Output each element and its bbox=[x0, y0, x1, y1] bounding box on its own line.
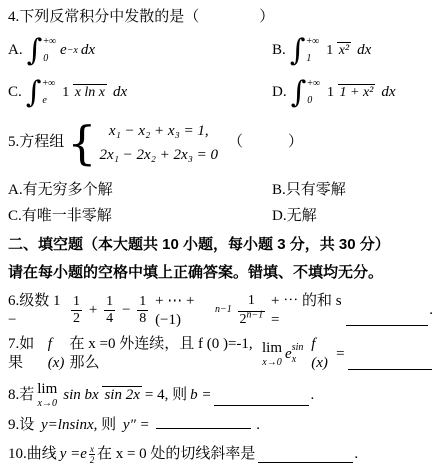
option-4c: C. ∫ +∞ e 1 x ln x dx bbox=[8, 78, 272, 108]
question-10: 10.曲线 y =e x 2 在 x = 0 处的切线斜率是 . bbox=[8, 444, 433, 464]
question-8-condition: = 4, 则 bbox=[145, 386, 187, 405]
integral-upper-limit: +∞ bbox=[306, 36, 319, 49]
differential: dx bbox=[381, 83, 395, 102]
answer-parentheses: （ ） bbox=[228, 133, 303, 152]
question-6-lead: 6.级数 1 − bbox=[8, 292, 64, 330]
second-derivative: y″ = bbox=[123, 417, 150, 433]
fraction-denominator: 1 + x² bbox=[338, 84, 376, 100]
section-2-heading-text: 二、填空题（本大题共 10 小题，每小题 3 分，共 30 分） bbox=[8, 236, 390, 253]
function-fx: f (x) bbox=[48, 335, 70, 373]
limit-subscript: x→0 bbox=[37, 399, 57, 409]
fraction-numerator: 1 bbox=[106, 294, 113, 309]
differential: dx bbox=[113, 83, 127, 102]
fraction-numerator: 1 bbox=[139, 294, 146, 309]
limit-stack: lim x→0 bbox=[37, 382, 57, 409]
integral-lower-limit: 0 bbox=[307, 95, 320, 108]
fraction-numerator: 1 bbox=[327, 85, 334, 100]
integral-upper-limit: +∞ bbox=[307, 78, 320, 91]
exponent-fraction: x 2 bbox=[89, 444, 95, 464]
exam-page: 4.下列反常积分中发散的是（ ） A. ∫ +∞ 0 e −x dx B. ∫ … bbox=[0, 0, 441, 464]
answer-blank bbox=[214, 393, 309, 406]
exponent-denominator: 2 bbox=[90, 455, 95, 464]
integral-sign: ∫ bbox=[290, 37, 306, 64]
answer-blank bbox=[348, 357, 432, 370]
differential: dx bbox=[81, 41, 95, 60]
system-brace: { bbox=[67, 120, 96, 166]
fraction-numerator: 1 bbox=[248, 293, 255, 308]
option-4a: A. ∫ +∞ 0 e −x dx bbox=[8, 36, 272, 66]
integral-upper-limit: +∞ bbox=[43, 36, 56, 49]
question-9-lead: 9.设 bbox=[8, 417, 34, 433]
integral-sign: ∫ bbox=[26, 79, 42, 106]
question-4-options-row-2: C. ∫ +∞ e 1 x ln x dx D. ∫ +∞ 0 1 1 + x² bbox=[8, 73, 433, 113]
integral-lower-limit: 1 bbox=[306, 53, 319, 66]
option-4d-label: D. bbox=[272, 83, 287, 102]
integrand-exponent: −x bbox=[67, 45, 78, 58]
variable-b: b = bbox=[190, 386, 211, 405]
option-5d: D.无解 bbox=[272, 207, 433, 226]
integrand-base: e bbox=[60, 41, 67, 60]
integral-limits: +∞ 1 bbox=[306, 36, 319, 66]
limit-subscript: x→0 bbox=[262, 358, 282, 368]
option-5a: A.有无穷多个解 bbox=[8, 181, 272, 200]
answer-blank bbox=[258, 450, 353, 463]
den-exponent: n−1 bbox=[247, 309, 264, 320]
exp-exponent: sin x bbox=[292, 342, 309, 367]
fraction: 1 2 bbox=[67, 294, 86, 326]
series-exponent: n−1 bbox=[215, 304, 232, 317]
section-2-instruction-text: 请在每小题的空格中填上正确答案。错填、不填均无分。 bbox=[8, 264, 383, 281]
fraction-numerator: 1 bbox=[62, 85, 69, 100]
function-expression: y=lnsinx, bbox=[41, 417, 97, 433]
integral-limits: +∞ 0 bbox=[307, 78, 320, 108]
question-4-text: 4.下列反常积分中发散的是（ ） bbox=[8, 9, 274, 25]
period: . bbox=[354, 445, 358, 464]
integral-lower-limit: 0 bbox=[43, 53, 56, 66]
question-7-condition: 在 x =0 外连续，且 f (0 )=-1,那么 bbox=[70, 335, 259, 373]
option-5c: C.有唯一非零解 bbox=[8, 207, 272, 226]
series-middle-term: + ⋯ + (−1) bbox=[155, 292, 215, 330]
option-4a-label: A. bbox=[8, 41, 23, 60]
integral-lower-limit: e bbox=[42, 95, 55, 108]
fraction-denominator: 8 bbox=[137, 310, 148, 326]
option-5b: B.只有零解 bbox=[272, 181, 433, 200]
question-10-lead: 10.曲线 bbox=[8, 445, 57, 464]
integral-limits: +∞ 0 bbox=[43, 36, 56, 66]
fraction-numerator: sin bx bbox=[63, 387, 98, 403]
integral-limits: +∞ e bbox=[42, 78, 55, 108]
question-10-condition: 在 x = 0 处的切线斜率是 bbox=[97, 445, 255, 464]
fraction: 1 x ln x bbox=[62, 85, 107, 101]
fraction-numerator: 1 bbox=[73, 294, 80, 309]
fraction-denominator: sin 2x bbox=[102, 386, 141, 403]
question-5-options-row-1: A.有无穷多个解 B.只有零解 bbox=[8, 181, 433, 200]
question-4-options-row-1: A. ∫ +∞ 0 e −x dx B. ∫ +∞ 1 1 x² dx bbox=[8, 33, 433, 69]
option-4b-label: B. bbox=[272, 41, 286, 60]
question-8: 8.若 lim x→0 sin bx sin 2x = 4, 则 b = . bbox=[8, 382, 433, 409]
fraction: 1 4 bbox=[100, 294, 119, 326]
period: . bbox=[310, 386, 314, 405]
fraction-denominator: x ln x bbox=[73, 84, 107, 100]
equation-2: 2x₁ − 2x₂ + 2x₃ = 0 bbox=[100, 147, 218, 163]
question-9: 9.设 y=lnsinx, 则 y″ = . bbox=[8, 416, 433, 435]
fraction: 1 8 bbox=[133, 294, 152, 326]
section-2-heading: 二、填空题（本大题共 10 小题，每小题 3 分，共 30 分） bbox=[8, 236, 433, 255]
period: . bbox=[429, 301, 433, 320]
fraction-numerator: 1 bbox=[326, 43, 333, 58]
function-fx: f (x) bbox=[311, 335, 333, 373]
fraction: 1 1 + x² bbox=[327, 85, 375, 101]
integral-upper-limit: +∞ bbox=[42, 78, 55, 91]
question-6-tail: + ⋯ 的和 s = bbox=[271, 292, 343, 330]
equals-sign: = bbox=[336, 345, 344, 364]
question-5: 5.方程组 { x₁ − x₂ + x₃ = 1, 2x₁ − 2x₂ + 2x… bbox=[8, 119, 433, 167]
option-4b: B. ∫ +∞ 1 1 x² dx bbox=[272, 36, 433, 66]
question-4-title: 4.下列反常积分中发散的是（ ） bbox=[8, 8, 433, 27]
limit-stack: lim x→0 bbox=[262, 341, 282, 368]
answer-blank bbox=[156, 417, 251, 429]
minus-operator: − bbox=[122, 301, 130, 320]
equation-system: x₁ − x₂ + x₃ = 1, 2x₁ − 2x₂ + 2x₃ = 0 bbox=[100, 119, 218, 167]
question-9-then: 则 bbox=[101, 417, 116, 433]
question-5-options-row-2: C.有唯一非零解 D.无解 bbox=[8, 207, 433, 226]
differential: dx bbox=[357, 41, 371, 60]
den-base: 2 bbox=[240, 312, 247, 327]
integral-sign: ∫ bbox=[291, 79, 307, 106]
curve-expression: y =e bbox=[60, 445, 87, 464]
answer-blank bbox=[346, 313, 428, 326]
question-7-lead: 7.如果 bbox=[8, 335, 45, 373]
fraction-denominator: 2 bbox=[71, 310, 82, 326]
equation-1: x₁ − x₂ + x₃ = 1, bbox=[109, 123, 209, 139]
plus-operator: + bbox=[89, 301, 97, 320]
limit-word: lim bbox=[37, 381, 57, 397]
integral-sign: ∫ bbox=[27, 37, 43, 64]
period: . bbox=[256, 417, 260, 433]
section-2-instruction: 请在每小题的空格中填上正确答案。错填、不填均无分。 bbox=[8, 264, 433, 283]
question-6: 6.级数 1 − 1 2 + 1 4 − 1 8 + ⋯ + (−1) n−1 … bbox=[8, 292, 433, 330]
fraction-denominator: x² bbox=[337, 42, 351, 58]
question-5-lead: 5.方程组 bbox=[8, 133, 64, 152]
question-8-lead: 8.若 bbox=[8, 386, 34, 405]
exponent-numerator: x bbox=[89, 444, 95, 456]
fraction-denominator: 2n−1 bbox=[238, 311, 266, 327]
fraction: 1 x² bbox=[326, 43, 351, 59]
limit-word: lim bbox=[262, 340, 282, 356]
fraction: sin bx sin 2x bbox=[63, 387, 142, 404]
fraction: 1 2n−1 bbox=[235, 293, 268, 328]
option-4c-label: C. bbox=[8, 83, 22, 102]
fraction-denominator: 4 bbox=[104, 310, 115, 326]
question-7: 7.如果 f (x) 在 x =0 外连续，且 f (0 )=-1,那么 lim… bbox=[8, 335, 433, 373]
exp-base: e bbox=[285, 345, 292, 364]
option-4d: D. ∫ +∞ 0 1 1 + x² dx bbox=[272, 78, 433, 108]
